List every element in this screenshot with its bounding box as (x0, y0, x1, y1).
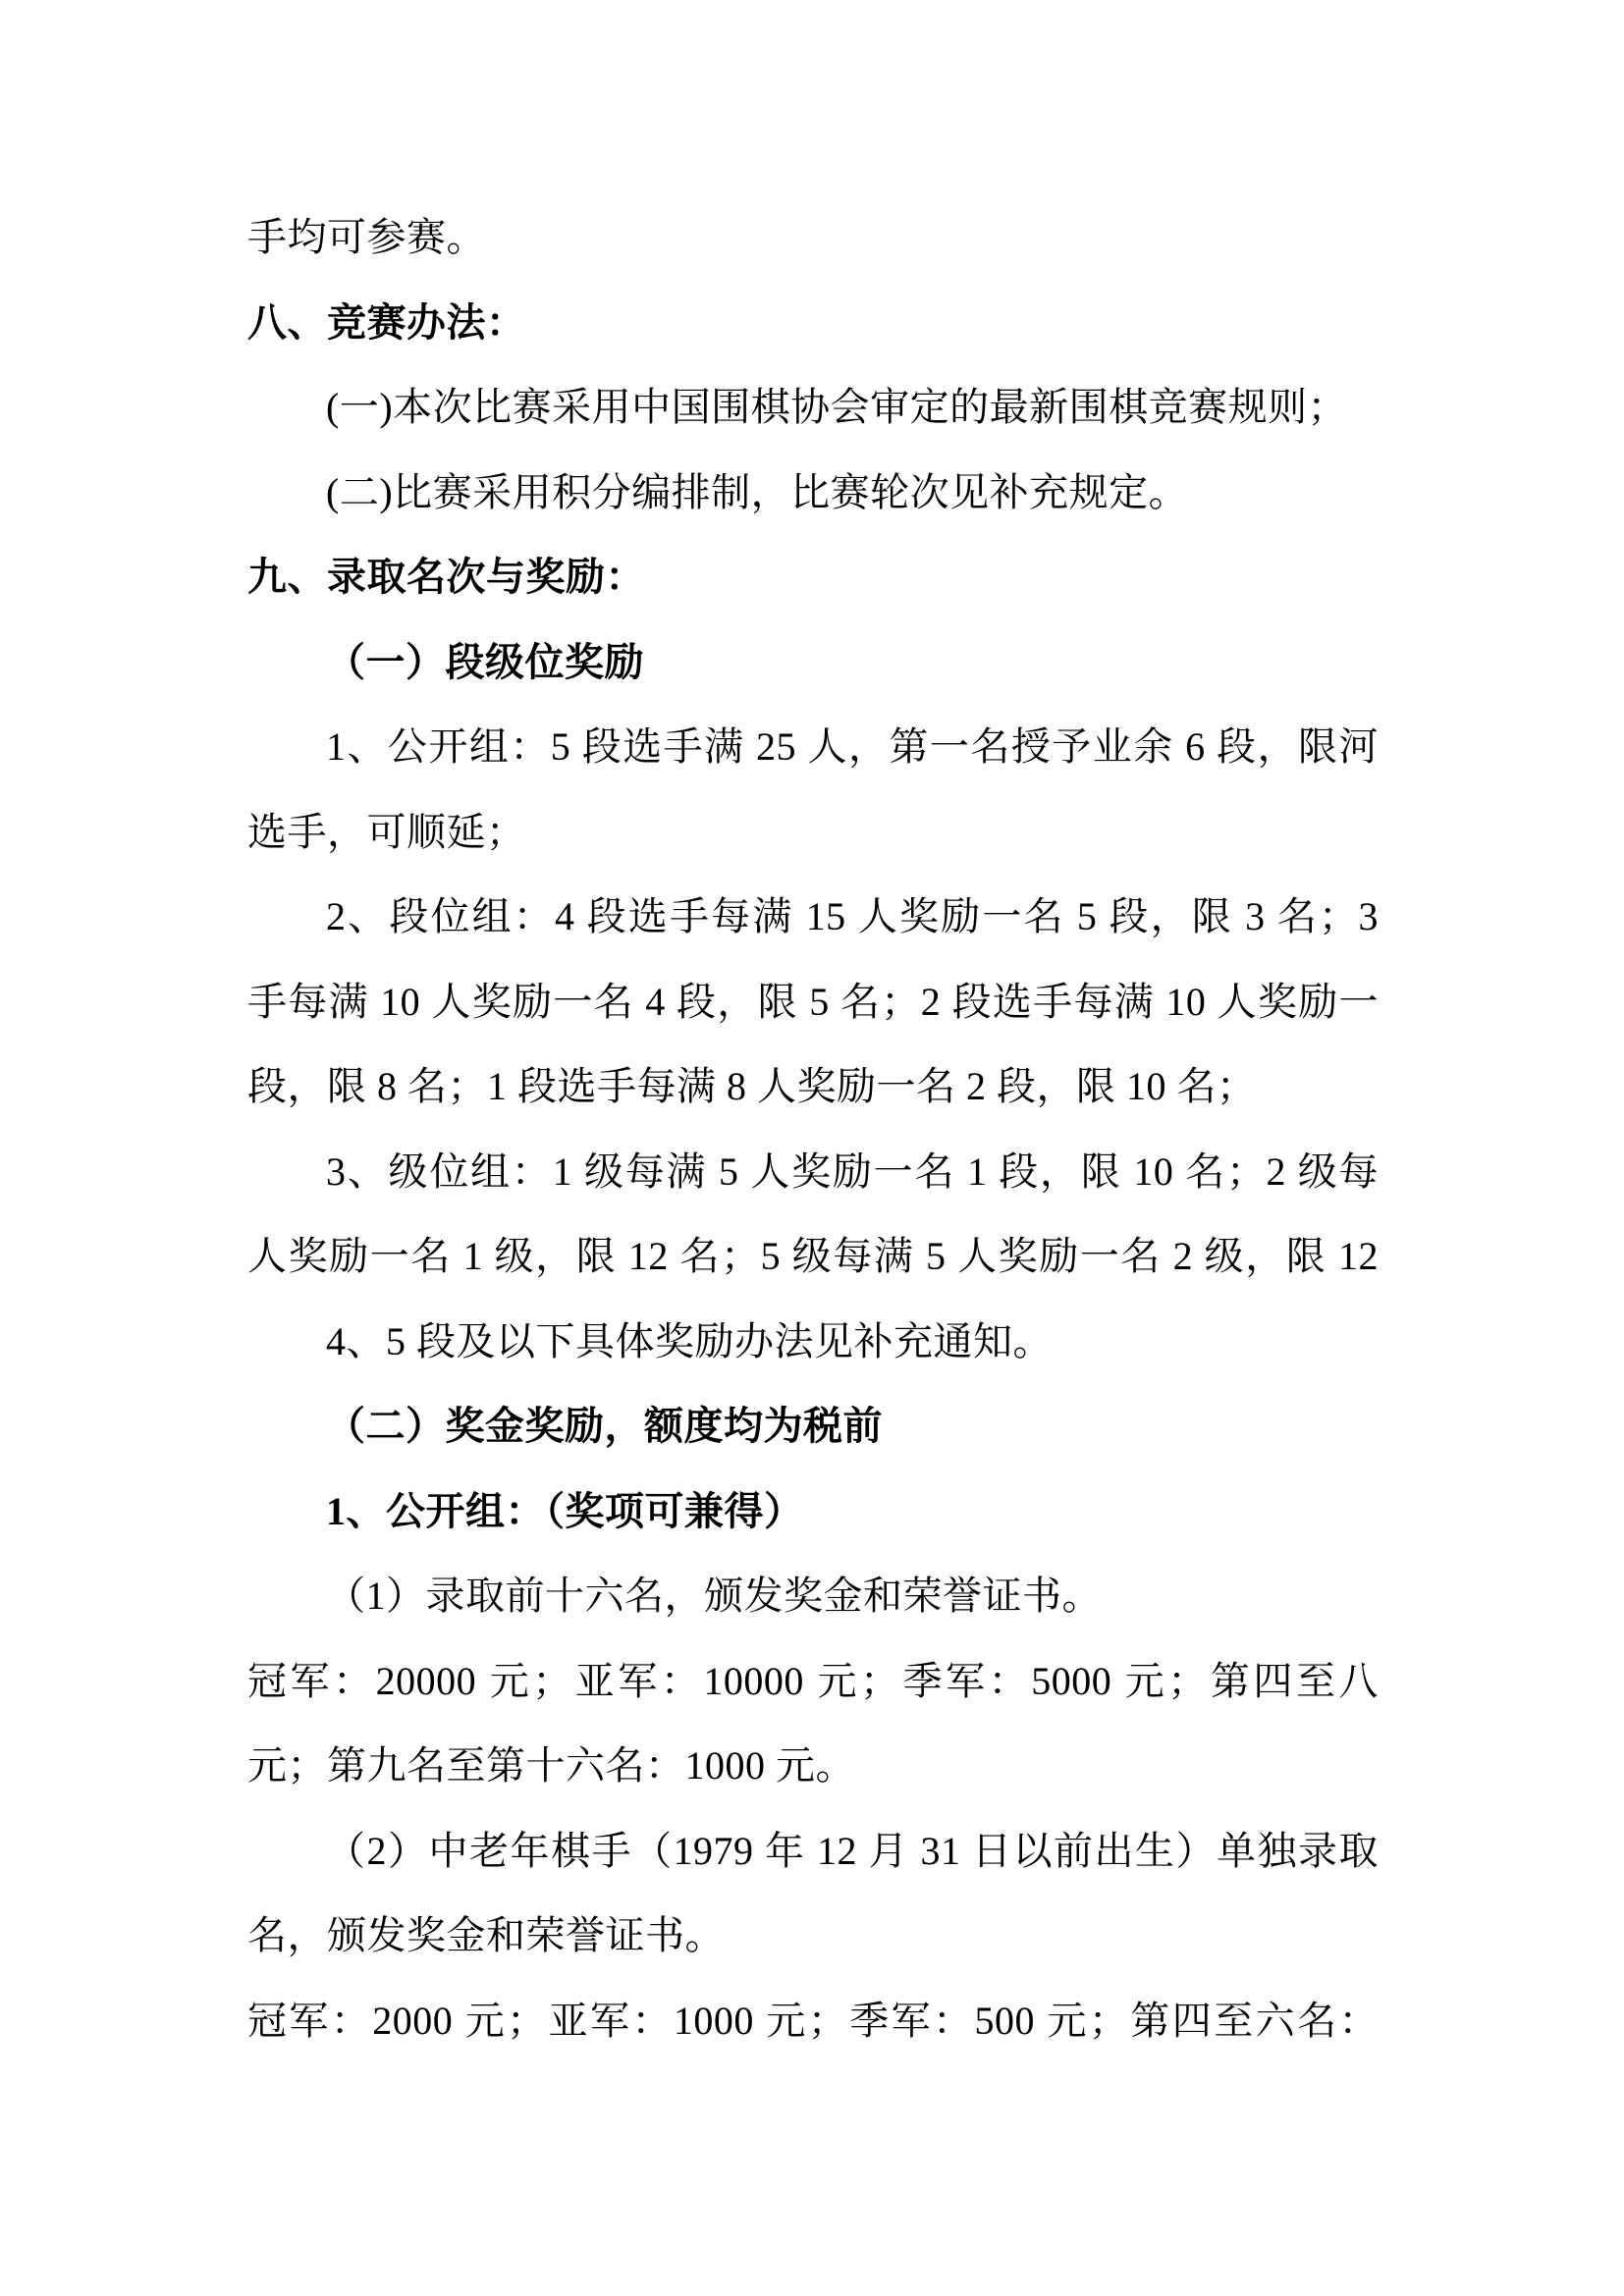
text-line: 冠军：2000 元；亚军：1000 元；季军：500 元；第四至六名：200 元… (247, 1978, 1379, 2063)
heading-line: 八、竞赛办法： (247, 280, 1379, 365)
text-line: 手均可参赛。 (247, 194, 1379, 280)
text-line: 2、段位组：4 段选手每满 15 人奖励一名 5 段，限 3 名；3 段选 (247, 874, 1379, 959)
heading-line: （二）奖金奖励，额度均为税前 (247, 1383, 1379, 1468)
heading-line: （一）段级位奖励 (247, 619, 1379, 705)
text-line: （1）录取前十六名，颁发奖金和荣誉证书。 (247, 1553, 1379, 1638)
document-page: 手均可参赛。 八、竞赛办法： (一)本次比赛采用中国围棋协会审定的最新围棋竞赛规… (0, 0, 1624, 2296)
text-line: 手每满 10 人奖励一名 4 段，限 5 名；2 段选手每满 10 人奖励一名 … (247, 959, 1379, 1044)
text-line: 元；第九名至第十六名：1000 元。 (247, 1723, 1379, 1808)
heading-line: 1、公开组：（奖项可兼得） (247, 1468, 1379, 1554)
text-line: 4、5 段及以下具体奖励办法见补充通知。 (247, 1299, 1379, 1384)
text-line: 3、级位组：1 级每满 5 人奖励一名 1 段，限 10 名；2 级每满 5 (247, 1129, 1379, 1214)
text-line: 名，颁发奖金和荣誉证书。 (247, 1893, 1379, 1978)
text-line: (二)比赛采用积分编排制，比赛轮次见补充规定。 (247, 450, 1379, 535)
text-line: （2）中老年棋手（1979 年 12 月 31 日以前出生）单独录取前六 (247, 1808, 1379, 1894)
heading-line: 九、录取名次与奖励： (247, 534, 1379, 619)
text-line: (一)本次比赛采用中国围棋协会审定的最新围棋竞赛规则； (247, 364, 1379, 450)
text-line: 1、公开组：5 段选手满 25 人，第一名授予业余 6 段，限河南籍 (247, 704, 1379, 789)
text-line: 冠军：20000 元；亚军：10000 元；季军：5000 元；第四至八名：20… (247, 1638, 1379, 1724)
text-line: 段，限 8 名；1 段选手每满 8 人奖励一名 2 段，限 10 名； (247, 1043, 1379, 1129)
text-line: 人奖励一名 1 级，限 12 名；5 级每满 5 人奖励一名 2 级，限 12 … (247, 1213, 1379, 1299)
text-line: 选手，可顺延； (247, 789, 1379, 875)
